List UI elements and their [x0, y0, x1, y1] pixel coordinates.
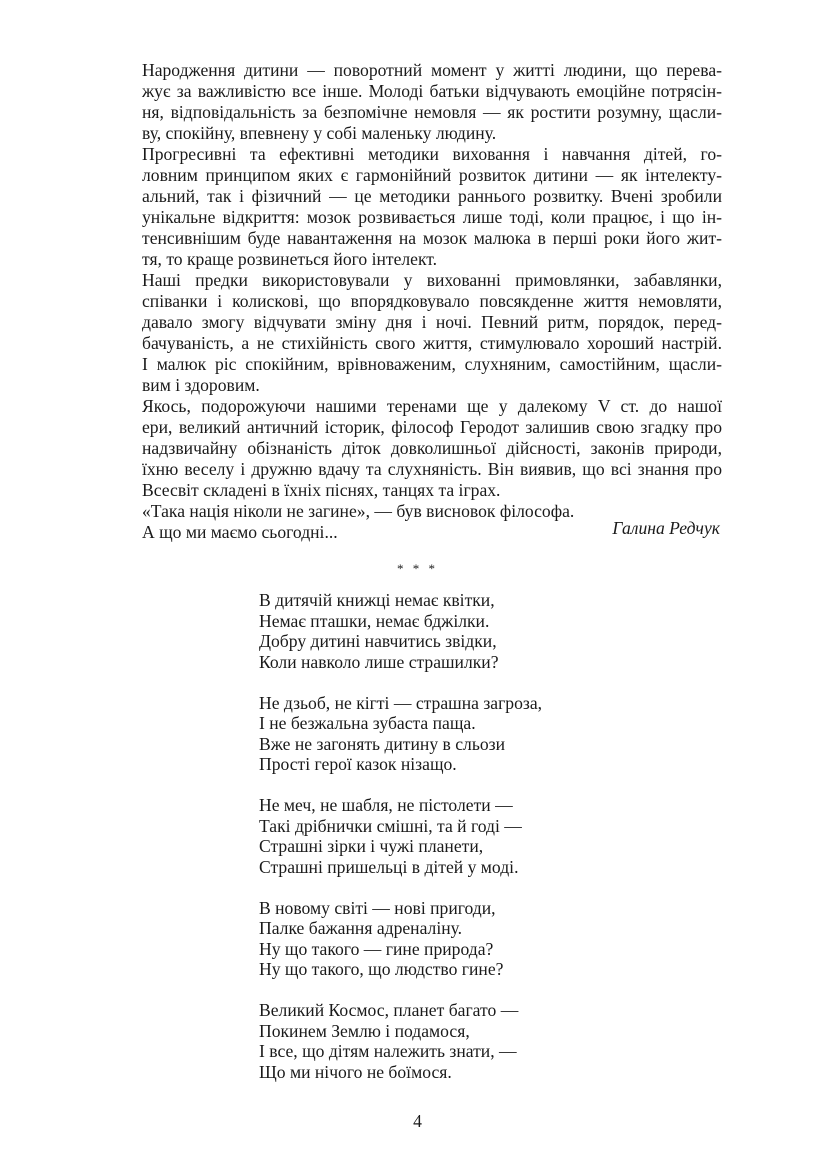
poem-stanza-1: В дитячій книжці немає квітки, Немає пта…	[259, 590, 542, 672]
text-line: Народження дитини — поворотний момент у …	[118, 60, 722, 81]
text-line: давало змогу відчувати зміну дня і ночі.…	[118, 312, 722, 333]
poem-line: Такі дрібнички смішні, та й годі —	[259, 816, 542, 837]
author-signature: Галина Редчук	[118, 518, 720, 539]
poem-line: Ну що такого — гине природа?	[259, 939, 542, 960]
text-line: альний, так і фізичний — це методики ран…	[118, 186, 722, 207]
paragraph-1: Народження дитини — поворотний момент у …	[118, 60, 722, 144]
poem-line: Покинем Землю і подамося,	[259, 1021, 542, 1042]
paragraph-3: Наші предки використовували у вихованні …	[118, 270, 722, 396]
text-line: вим і здоровим.	[118, 375, 722, 396]
poem-line: Вже не загонять дитину в сльози	[259, 734, 542, 755]
text-line: ня, відповідальність за безпомічне немов…	[118, 102, 722, 123]
text-line: Прогресивні та ефективні методики вихова…	[118, 144, 722, 165]
poem-line: Палке бажання адреналіну.	[259, 918, 542, 939]
poem-line: Не меч, не шабля, не пістолети —	[259, 795, 542, 816]
poem-line: В дитячій книжці немає квітки,	[259, 590, 542, 611]
page-number: 4	[0, 1111, 829, 1132]
poem: В дитячій книжці немає квітки, Немає пта…	[259, 590, 542, 1103]
poem-stanza-5: Великий Космос, планет багато — Покинем …	[259, 1000, 542, 1082]
text-line: ловним принципом яких є гармонійний розв…	[118, 165, 722, 186]
document-page: Народження дитини — поворотний момент у …	[0, 0, 829, 1172]
paragraph-4: Якось, подорожуючи нашими теренами ще у …	[118, 396, 722, 501]
poem-line: Добру дитині навчитись звідки,	[259, 631, 542, 652]
text-line: надзвичайну обізнаність діток довколишнь…	[118, 438, 722, 459]
text-line: І малюк ріс спокійним, врівноваженим, сл…	[118, 354, 722, 375]
text-line: бачуваність, а не стихійність свого житт…	[118, 333, 722, 354]
paragraph-2: Прогресивні та ефективні методики вихова…	[118, 144, 722, 270]
text-line: їхню веселу і дружню вдачу та слухняніст…	[118, 459, 722, 480]
text-line: Наші предки використовували у вихованні …	[118, 270, 722, 291]
text-line: Якось, подорожуючи нашими теренами ще у …	[118, 396, 722, 417]
poem-line: Великий Космос, планет багато —	[259, 1000, 542, 1021]
poem-line: Немає пташки, немає бджілки.	[259, 611, 542, 632]
text-line: тенсивнішим буде навантаження на мозок м…	[118, 228, 722, 249]
poem-line: Що ми нічого не боїмося.	[259, 1062, 542, 1083]
poem-line: В новому світі — нові пригоди,	[259, 898, 542, 919]
poem-line: Страшні зірки і чужі планети,	[259, 836, 542, 857]
poem-stanza-3: Не меч, не шабля, не пістолети — Такі др…	[259, 795, 542, 877]
essay-text: Народження дитини — поворотний момент у …	[118, 60, 722, 543]
text-line: співанки і колискові, що впорядковувало …	[118, 291, 722, 312]
text-line: ву, спокійну, впевнену у собі маленьку л…	[118, 123, 722, 144]
poem-line: Ну що такого, що людство гине?	[259, 959, 542, 980]
text-line: ери, великий античний історик, філософ Г…	[118, 417, 722, 438]
poem-line: Прості герої казок нізащо.	[259, 754, 542, 775]
poem-line: І не безжальна зубаста паща.	[259, 713, 542, 734]
text-line: Всесвіт складені в їхніх піснях, танцях …	[118, 480, 722, 501]
text-line: унікальне відкриття: мозок розвивається …	[118, 207, 722, 228]
text-line: жує за важливістю все інше. Молоді батьк…	[118, 81, 722, 102]
poem-stanza-4: В новому світі — нові пригоди, Палке баж…	[259, 898, 542, 980]
section-separator: * * *	[0, 561, 829, 577]
text-line: тя, то краще розвинеться його інтелект.	[118, 249, 722, 270]
poem-line: Не дзьоб, не кігті — страшна загроза,	[259, 693, 542, 714]
poem-line: Коли навколо лише страшилки?	[259, 652, 542, 673]
poem-line: Страшні пришельці в дітей у моді.	[259, 857, 542, 878]
poem-stanza-2: Не дзьоб, не кігті — страшна загроза, І …	[259, 693, 542, 775]
poem-line: І все, що дітям належить знати, —	[259, 1041, 542, 1062]
